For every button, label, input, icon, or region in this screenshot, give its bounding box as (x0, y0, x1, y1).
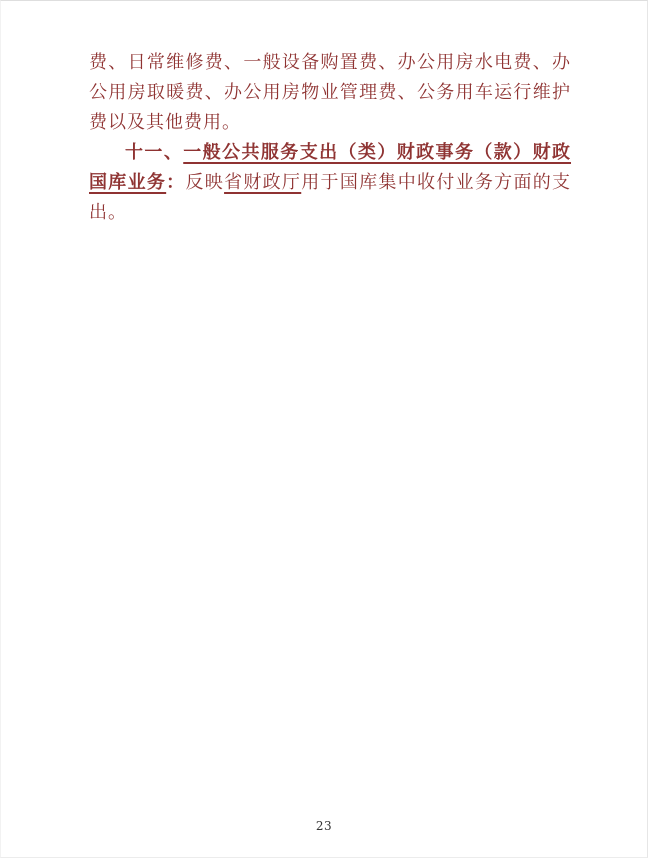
item-11-body-prefix: 反映 (185, 172, 224, 193)
page-number: 23 (1, 819, 647, 833)
item-11-colon: ： (166, 172, 185, 193)
paragraph-expense-continuation: 费、日常维修费、一般设备购置费、办公用房水电费、办公用房取暖费、办公用房物业管理… (89, 48, 571, 138)
item-11-number-label: 十一、 (125, 142, 183, 163)
expense-list-text: 费、日常维修费、一般设备购置费、办公用房水电费、办公用房取暖费、办公用房物业管理… (89, 52, 571, 133)
paragraph-item-11: 十一、一般公共服务支出（类）财政事务（款）财政国库业务：反映省财政厅用于国库集中… (89, 138, 571, 228)
item-11-underlined-term: 省财政厅 (224, 172, 301, 193)
document-text-block: 费、日常维修费、一般设备购置费、办公用房水电费、办公用房取暖费、办公用房物业管理… (89, 48, 571, 228)
document-page: 费、日常维修费、一般设备购置费、办公用房水电费、办公用房取暖费、办公用房物业管理… (0, 0, 648, 858)
